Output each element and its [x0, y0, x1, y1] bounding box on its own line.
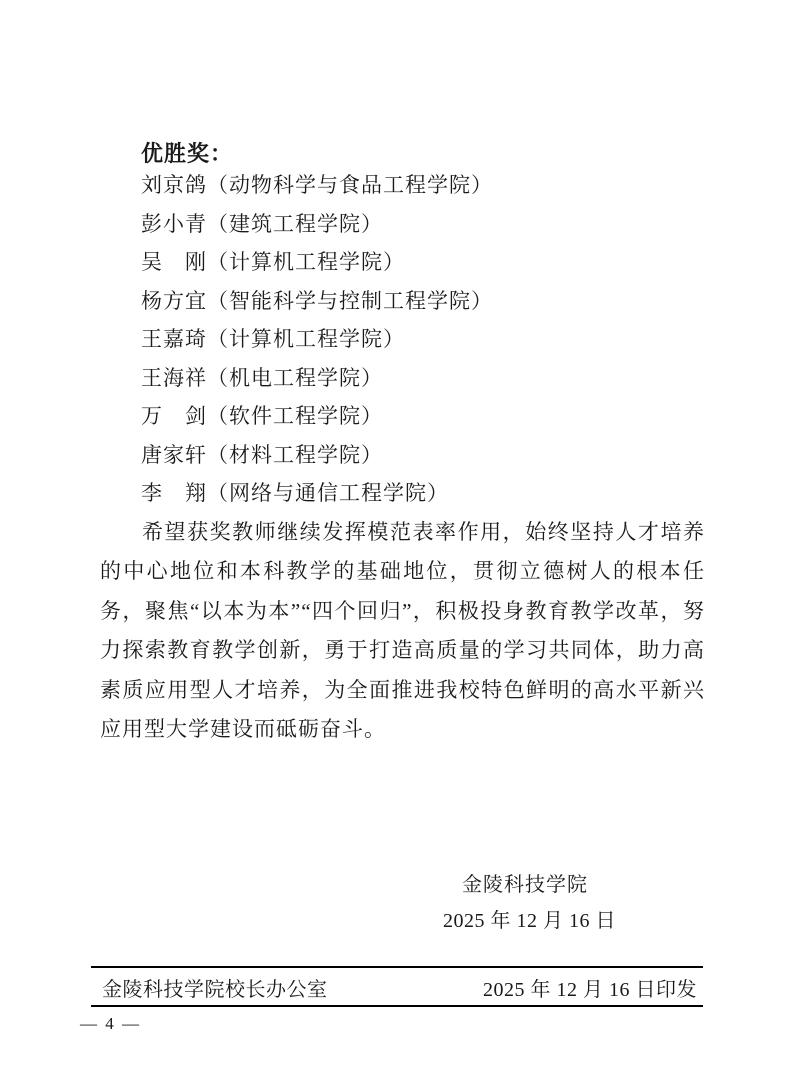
winner-item: 万 剑（软件工程学院）: [141, 397, 705, 436]
winner-item: 刘京鸽（动物科学与食品工程学院）: [141, 166, 705, 205]
section-heading: 优胜奖：: [141, 142, 705, 166]
page-number: — 4 —: [80, 1014, 141, 1034]
winner-item: 李 翔（网络与通信工程学院）: [141, 474, 705, 513]
closing-paragraph: 希望获奖教师继续发挥模范表率作用，始终坚持人才培养的中心地位和本科教学的基础地位…: [100, 513, 705, 750]
document-page: 优胜奖： 刘京鸽（动物科学与食品工程学院） 彭小青（建筑工程学院） 吴 刚（计算…: [0, 0, 788, 1080]
winner-list: 刘京鸽（动物科学与食品工程学院） 彭小青（建筑工程学院） 吴 刚（计算机工程学院…: [100, 166, 705, 513]
signature-date: 2025 年 12 月 16 日: [443, 904, 616, 933]
footer-bottom-rule: [91, 1005, 703, 1007]
footer-top-rule: [91, 966, 703, 968]
winner-item: 王嘉琦（计算机工程学院）: [141, 320, 705, 359]
footer-colophon: 金陵科技学院校长办公室 2025 年 12 月 16 日印发: [91, 973, 703, 1002]
footer-print-date: 2025 年 12 月 16 日印发: [483, 973, 697, 1002]
signature-organization: 金陵科技学院: [462, 868, 588, 897]
winner-item: 吴 刚（计算机工程学院）: [141, 243, 705, 282]
winner-item: 杨方宜（智能科学与控制工程学院）: [141, 282, 705, 321]
document-body: 优胜奖： 刘京鸽（动物科学与食品工程学院） 彭小青（建筑工程学院） 吴 刚（计算…: [100, 142, 705, 750]
winner-item: 唐家轩（材料工程学院）: [141, 436, 705, 475]
winner-item: 王海祥（机电工程学院）: [141, 359, 705, 398]
winner-item: 彭小青（建筑工程学院）: [141, 205, 705, 244]
footer-issuer: 金陵科技学院校长办公室: [102, 973, 328, 1002]
